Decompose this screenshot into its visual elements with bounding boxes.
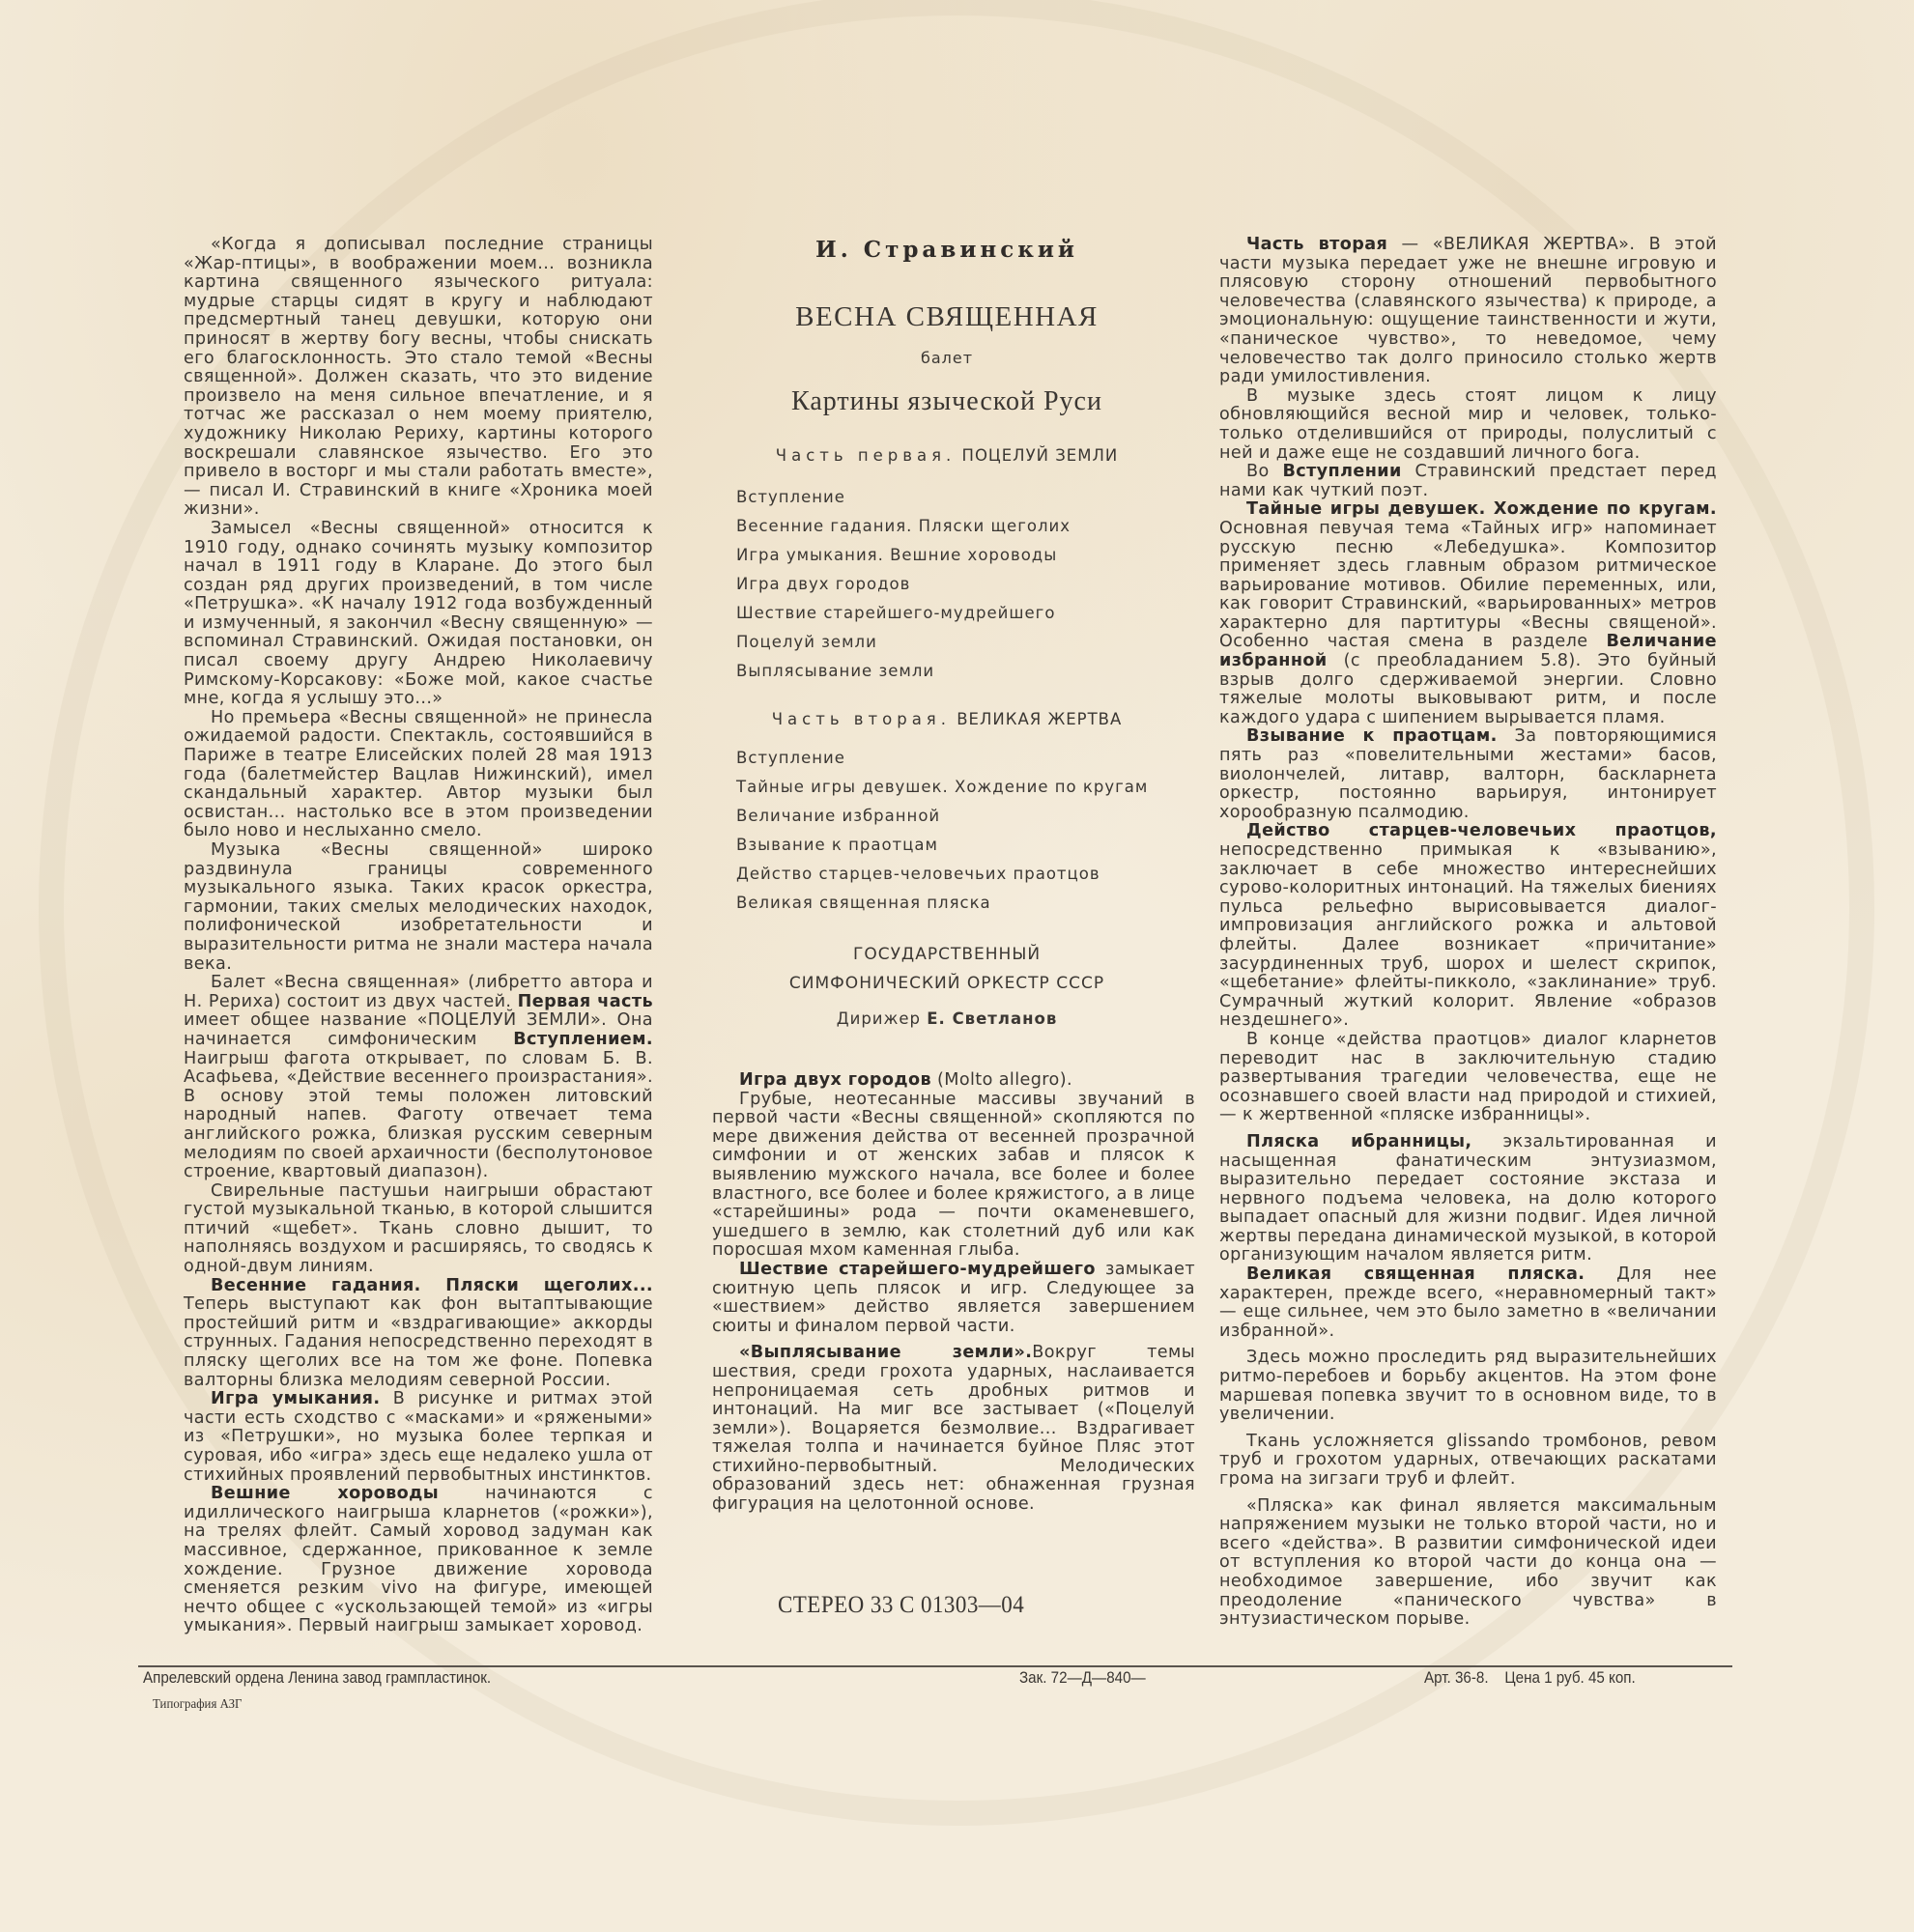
track-item: Выплясывание земли [736, 657, 1071, 686]
middle-text-column: Игра двух городов (Molto allegro).Грубые… [712, 1071, 1195, 1515]
bold-term: Весенние гадания. Пляски щеголих... [211, 1276, 653, 1295]
conductor-credit: Дирижер Е. Светланов [676, 1009, 1217, 1028]
bold-term: Тайные игры девушек. Хождение по кругам. [1246, 499, 1717, 519]
text-run: — «ВЕЛИКАЯ ЖЕРТВА». В этой части музыка … [1219, 235, 1717, 386]
bold-term: «Выплясывание земли». [739, 1343, 1032, 1362]
bold-term: Игра умыкания. [211, 1389, 380, 1408]
track-item: Действо старцев-человечьих праотцов [736, 860, 1148, 889]
part1-tracklist: Вступление Весенние гадания. Пляски щего… [736, 483, 1071, 686]
right-text-column: Часть вторая — «ВЕЛИКАЯ ЖЕРТВА». В этой … [1219, 236, 1717, 1630]
paragraph: Но премьера «Весны священной» не принесл… [184, 709, 653, 841]
paragraph: «Пляска» как финал является максимальным… [1219, 1497, 1717, 1630]
paragraph: В конце «действа праотцов» диалог кларне… [1219, 1031, 1717, 1125]
text-run: Наигрыш фагота открывает, по словам Б. В… [184, 1049, 653, 1182]
paragraph: Грубые, неотесанные массивы звучаний в п… [712, 1091, 1195, 1261]
paragraph: Игра умыкания. В рисунке и ритмах этой ч… [184, 1390, 653, 1485]
paragraph: Здесь можно проследить ряд выразительней… [1219, 1349, 1717, 1424]
paragraph: Тайные игры девушек. Хождение по кругам.… [1219, 500, 1717, 727]
text-run: «Когда я дописывал последние страницы «Ж… [184, 235, 653, 519]
part2-tracklist: Вступление Тайные игры девушек. Хождение… [736, 744, 1148, 918]
bold-term: Вступлением. [513, 1030, 653, 1049]
track-item: Великая священная пляска [736, 889, 1148, 918]
paragraph: Свирельные пастушьи наигрыши обрастают г… [184, 1182, 653, 1277]
paragraph: Часть вторая — «ВЕЛИКАЯ ЖЕРТВА». В этой … [1219, 236, 1717, 387]
text-run: непосредственно примыкая к «взыванию», з… [1219, 840, 1717, 1030]
paragraph: «Когда я дописывал последние страницы «Ж… [184, 236, 653, 520]
text-run: начинаются с идиллического наигрыша клар… [184, 1484, 653, 1635]
part2-label: Часть вторая. [772, 710, 951, 728]
printer: Типография АЗГ [153, 1697, 242, 1713]
paragraph: Игра двух городов (Molto allegro). [712, 1071, 1195, 1091]
paragraph: В музыке здесь стоят лицом к лицу обновл… [1219, 387, 1717, 463]
orchestra-line-2: СИМФОНИЧЕСКИЙ ОРКЕСТР СССР [676, 969, 1217, 998]
text-run: Музыка «Весны священной» широко раздвину… [184, 840, 653, 974]
part1-label: Часть первая. [776, 446, 957, 465]
track-item: Игра умыкания. Вешние хороводы [736, 541, 1071, 570]
bold-term: Великая священная пляска. [1246, 1264, 1585, 1284]
bold-term: Взывание к праотцам. [1246, 726, 1498, 746]
paragraph: Взывание к праотцам. За повторяющимися п… [1219, 727, 1717, 822]
text-run: Свирельные пастушьи наигрыши обрастают г… [184, 1181, 653, 1276]
genre-label: балет [676, 349, 1217, 367]
article-price: Арт. 36-8. Цена 1 руб. 45 коп. [1424, 1669, 1636, 1688]
part2-title: ВЕЛИКАЯ ЖЕРТВА [957, 710, 1122, 728]
paragraph: Балет «Весна священная» (либретто автора… [184, 974, 653, 1182]
left-text-column: «Когда я дописывал последние страницы «Ж… [184, 236, 653, 1636]
paragraph: Замысел «Весны священной» относится к 19… [184, 520, 653, 709]
paragraph: Весенние гадания. Пляски щеголих... Тепе… [184, 1277, 653, 1391]
bold-term: Игра двух городов [739, 1070, 931, 1090]
text-run: Но премьера «Весны священной» не принесл… [184, 708, 653, 841]
part1-heading: Часть первая. ПОЦЕЛУЙ ЗЕМЛИ [676, 446, 1217, 465]
bold-term: Пляска ибранницы, [1246, 1132, 1471, 1151]
text-run: Грубые, неотесанные массивы звучаний в п… [712, 1090, 1195, 1261]
paragraph: «Выплясывание земли».Вокруг темы шествия… [712, 1344, 1195, 1514]
paragraph: Пляска ибранницы, экзальтированная и нас… [1219, 1133, 1717, 1265]
track-item: Поцелуй земли [736, 628, 1071, 657]
track-item: Взывание к праотцам [736, 831, 1148, 860]
paragraph: Вешние хороводы начинаются с идиллическо… [184, 1485, 653, 1636]
text-run: (Molto allegro). [931, 1070, 1072, 1090]
text-run: Здесь можно проследить ряд выразительней… [1219, 1348, 1717, 1424]
order-number: Зак. 72—Д—840— [1019, 1669, 1146, 1688]
conductor-label: Дирижер [837, 1009, 921, 1028]
text-run: В конце «действа праотцов» диалог кларне… [1219, 1030, 1717, 1124]
conductor-name: Е. Светланов [927, 1009, 1057, 1028]
track-item: Вступление [736, 744, 1148, 773]
text-run: В музыке здесь стоят лицом к лицу обновл… [1219, 386, 1717, 463]
paragraph: Великая священная пляска. Для нее характ… [1219, 1265, 1717, 1341]
track-item: Шествие старейшего-мудрейшего [736, 599, 1071, 628]
bold-term: Первая часть [518, 992, 653, 1011]
manufacturer: Апрелевский ордена Ленина завод грамплас… [143, 1669, 491, 1688]
bold-term: Шествие старейшего-мудрейшего [739, 1260, 1096, 1279]
paragraph: Ткань усложняется glissando тромбонов, р… [1219, 1433, 1717, 1490]
bold-term: Действо старцев-человечьих праотцов, [1246, 821, 1717, 840]
track-item: Игра двух городов [736, 570, 1071, 599]
paragraph: Шествие старейшего-мудрейшего замыкает с… [712, 1261, 1195, 1336]
part1-title: ПОЦЕЛУЙ ЗЕМЛИ [962, 446, 1119, 465]
track-item: Весенние гадания. Пляски щеголих [736, 512, 1071, 541]
text-run: экзальтированная и насыщенная фанатическ… [1219, 1132, 1717, 1265]
footer-divider [138, 1665, 1732, 1667]
text-run: «Пляска» как финал является максимальным… [1219, 1496, 1717, 1630]
text-run: Теперь выступают как фон вытаптывающие п… [184, 1294, 653, 1389]
catalog-number: СТЕРЕО 33 С 01303—04 [778, 1592, 1024, 1619]
paragraph: Во Вступлении Стравинский предстает пере… [1219, 463, 1717, 500]
text-run: Ткань усложняется glissando тромбонов, р… [1219, 1432, 1717, 1489]
text-run: Замысел «Весны священной» относится к 19… [184, 519, 653, 708]
text-run: Во [1246, 462, 1282, 481]
paragraph: Действо старцев-человечьих праотцов, неп… [1219, 822, 1717, 1031]
bold-term: Вешние хороводы [211, 1484, 439, 1503]
bold-term: Вступлении [1282, 462, 1401, 481]
bold-term: Часть вторая [1246, 235, 1387, 254]
orchestra-line-1: ГОСУДАРСТВЕННЫЙ [676, 940, 1217, 969]
track-item: Тайные игры девушек. Хождение по кругам [736, 773, 1148, 802]
part2-heading: Часть вторая. ВЕЛИКАЯ ЖЕРТВА [676, 710, 1217, 728]
track-item: Величание избранной [736, 802, 1148, 831]
track-item: Вступление [736, 483, 1071, 512]
work-title: ВЕСНА СВЯЩЕННАЯ [676, 301, 1217, 333]
composer-name: И. Стравинский [676, 237, 1217, 263]
paragraph: Музыка «Весны священной» широко раздвину… [184, 841, 653, 974]
work-subtitle: Картины языческой Руси [676, 386, 1217, 417]
